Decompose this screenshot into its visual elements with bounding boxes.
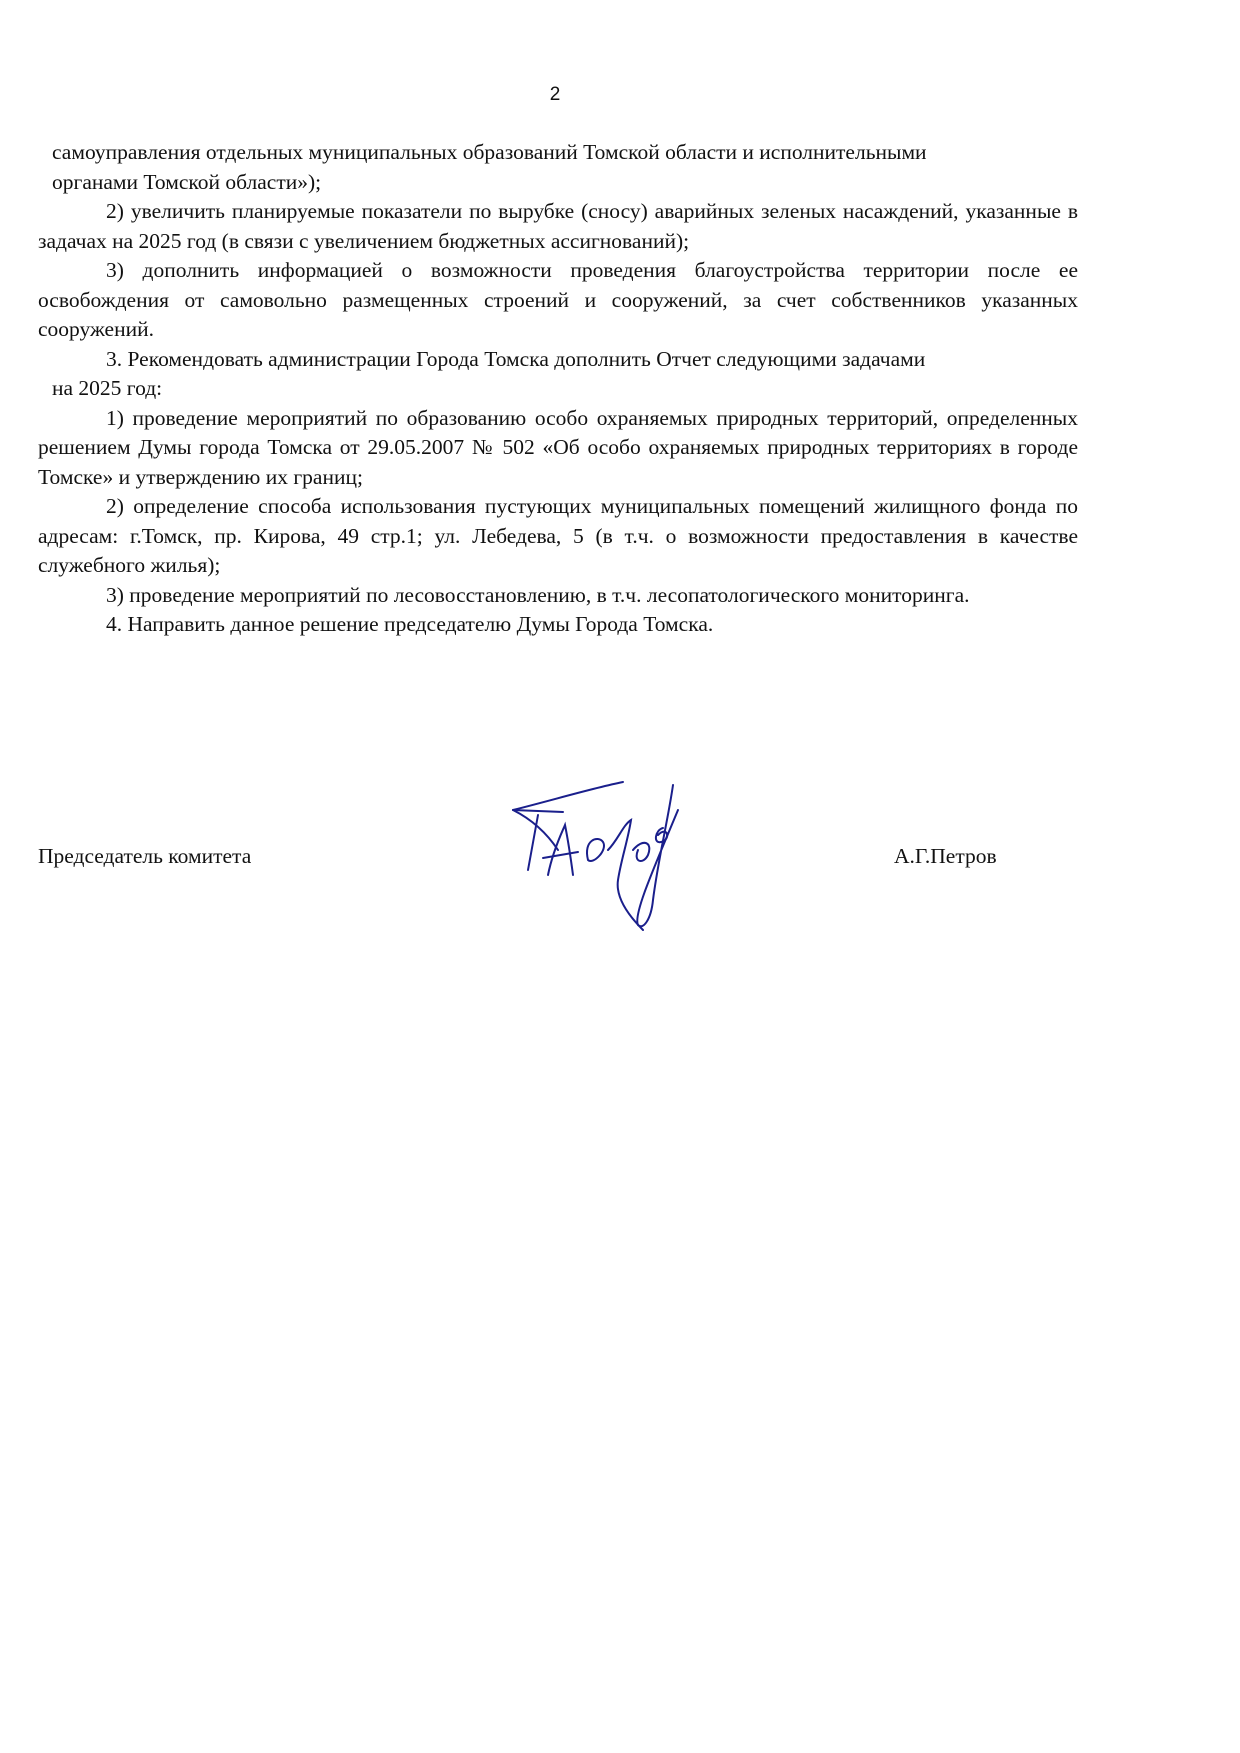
paragraph-item-3: 3) дополнить информацией о возможности п… (38, 256, 1078, 345)
paragraph-continuation-line1: самоуправления отдельных муниципальных о… (38, 138, 1078, 168)
signatory-title: Председатель комитета (38, 844, 251, 869)
paragraph-section-4: 4. Направить данное решение председателю… (38, 610, 1078, 640)
paragraph-continuation-line2: органами Томской области»); (38, 168, 1078, 198)
page-number: 2 (0, 84, 1110, 106)
paragraph-section-3-line2: на 2025 год: (38, 374, 1078, 404)
document-body: самоуправления отдельных муниципальных о… (38, 138, 1078, 640)
paragraph-task-1: 1) проведение мероприятий по образованию… (38, 404, 1078, 493)
handwritten-signature-icon (493, 780, 753, 940)
paragraph-task-2: 2) определение способа использования пус… (38, 492, 1078, 581)
paragraph-section-3-line1: 3. Рекомендовать администрации Города То… (38, 345, 1078, 375)
signatory-name: А.Г.Петров (894, 844, 997, 869)
paragraph-item-2: 2) увеличить планируемые показатели по в… (38, 197, 1078, 256)
paragraph-task-3: 3) проведение мероприятий по лесовосстан… (38, 581, 1078, 611)
